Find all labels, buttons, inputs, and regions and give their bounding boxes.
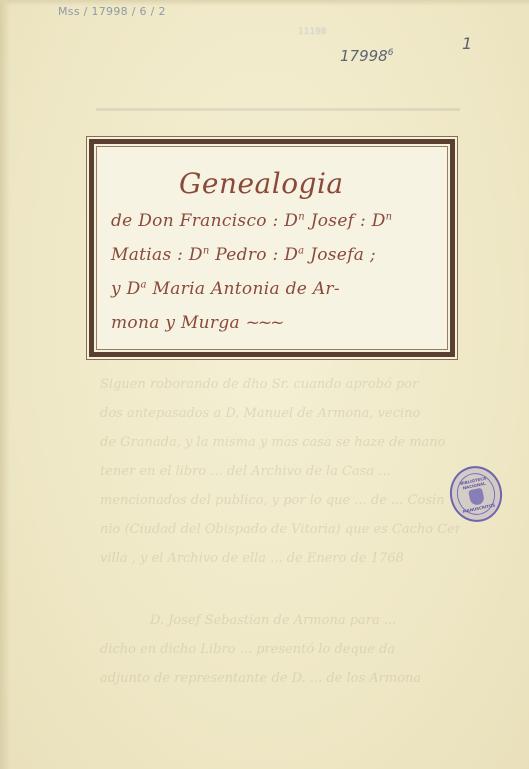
cartouche-border: Genealogia de Don Francisco : Dn Josef :… (89, 139, 455, 357)
manuscript-page: Mss / 17998 / 6 / 2 11198 179986 1 Sigue… (0, 0, 529, 769)
catalog-number-superscript: 6 (388, 48, 394, 58)
shelfmark-annotation: Mss / 17998 / 6 / 2 (58, 5, 166, 18)
coat-of-arms-icon (468, 487, 485, 506)
line-text: Pedro : D (210, 245, 299, 265)
page-left-edge (0, 0, 10, 769)
title-cartouche: Genealogia de Don Francisco : Dn Josef :… (86, 136, 458, 360)
line-text: Maria Antonia de Ar- (147, 279, 340, 299)
line-text: de Don Francisco : D (111, 211, 298, 231)
line-superscript: n (298, 211, 305, 222)
line-text: y D (111, 279, 141, 299)
bleed-through-frame (96, 108, 460, 137)
title-line-4: mona y Murga ~~~ (111, 313, 451, 333)
title-line-3: y Da Maria Antonia de Ar- (111, 279, 451, 299)
bleed-through-line: villa , y el Archivo de ella ... de Ener… (100, 544, 460, 573)
bleed-through-line: D. Josef Sebastian de Armona para ... (150, 606, 460, 635)
title-line-2: Matias : Dn Pedro : Da Josefa ; (111, 245, 451, 265)
stamp-inner-ring: BIBLIOTECA NACIONAL MANUSCRITOS (453, 470, 499, 519)
bleed-through-line: adjunto de representante de D. ... de lo… (100, 664, 460, 693)
bleed-through-line: dicho en dicho Libro ... presentó lo deq… (100, 635, 460, 664)
catalog-number-main: 17998 (340, 47, 388, 65)
bleed-through-line: nio (Ciudad del Obispado de Vitoria) que… (100, 515, 460, 544)
bleed-through-line: mencionados del publico, y por lo que ..… (100, 486, 460, 515)
flourish-ornament: ~~~ (246, 313, 283, 333)
line-text: mona y Murga (111, 313, 240, 333)
bleed-through-line: dos antepasados a D. Manuel de Armona, v… (100, 399, 460, 428)
cartouche-content: Genealogia de Don Francisco : Dn Josef :… (96, 146, 448, 350)
folio-number: 1 (462, 34, 472, 53)
catalog-number: 179986 (340, 47, 393, 65)
bleed-through-line: de Granada, y la misma y mas casa se haz… (100, 428, 460, 457)
title-line-1: de Don Francisco : Dn Josef : Dn (111, 211, 451, 231)
line-text: Matias : D (111, 245, 203, 265)
faded-old-number: 11198 (298, 27, 327, 37)
line-superscript: n (203, 245, 210, 256)
bleed-through-line: tener en el libro ... del Archivo de la … (100, 457, 460, 486)
line-superscript: n (386, 211, 393, 222)
bleed-through-line: Siguen roborando de dho Sr. cuando aprob… (100, 370, 460, 399)
line-text: Josef : D (305, 211, 386, 231)
line-text: Josefa ; (304, 245, 376, 265)
document-title: Genealogia (179, 167, 344, 200)
